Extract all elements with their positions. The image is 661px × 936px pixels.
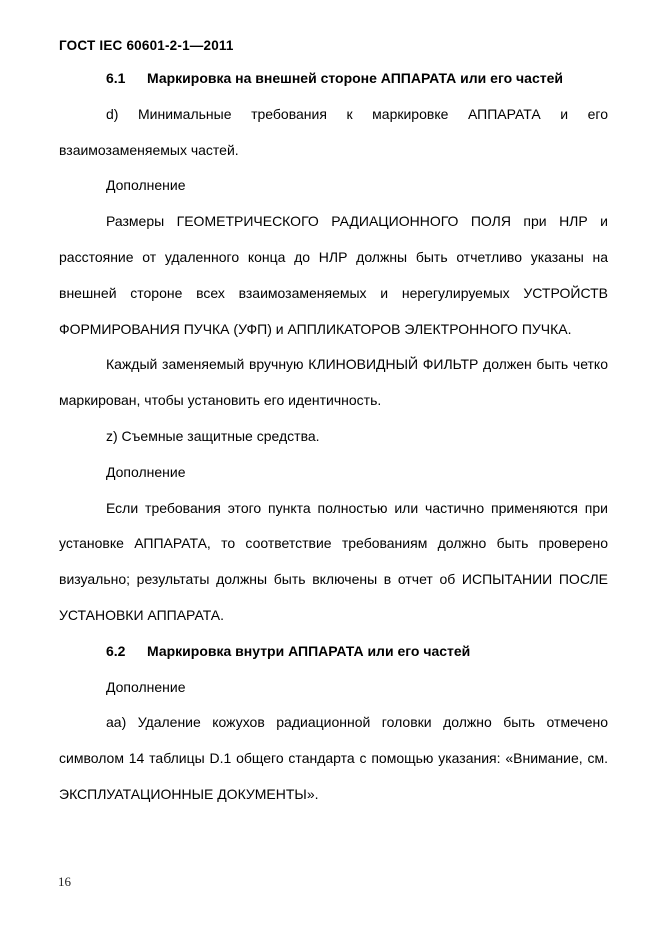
section-number: 6.2 — [106, 634, 147, 670]
paragraph-supplement: Дополнение — [59, 455, 608, 491]
paragraph-item-d: d) Минимальные требования к маркировке А… — [59, 97, 608, 169]
document-header: ГОСТ IEC 60601-2-1—2011 — [59, 38, 234, 53]
section-number: 6.1 — [106, 61, 147, 97]
paragraph-supplement: Дополнение — [59, 670, 608, 706]
section-heading-6-1: 6.1Маркировка на внешней стороне АППАРАТ… — [59, 61, 608, 97]
section-heading-6-2: 6.2Маркировка внутри АППАРАТА или его ча… — [59, 634, 608, 670]
paragraph-supplement: Дополнение — [59, 168, 608, 204]
paragraph-item-z: z) Съемные защитные средства. — [59, 419, 608, 455]
paragraph-item-aa: aa) Удаление кожухов радиационной головк… — [59, 705, 608, 812]
document-content: 6.1Маркировка на внешней стороне АППАРАТ… — [59, 61, 608, 813]
document-page: ГОСТ IEC 60601-2-1—2011 6.1Маркировка на… — [0, 0, 661, 936]
paragraph-wedge-filter: Каждый заменяемый вручную КЛИНОВИДНЫЙ ФИ… — [59, 347, 608, 419]
page-number: 16 — [58, 874, 71, 890]
paragraph-field-sizes: Размеры ГЕОМЕТРИЧЕСКОГО РАДИАЦИОННОГО ПО… — [59, 204, 608, 347]
paragraph-installation-test: Если требования этого пункта полностью и… — [59, 491, 608, 634]
section-title: Маркировка внутри АППАРАТА или его часте… — [147, 643, 470, 659]
section-title: Маркировка на внешней стороне АППАРАТА и… — [147, 70, 563, 86]
